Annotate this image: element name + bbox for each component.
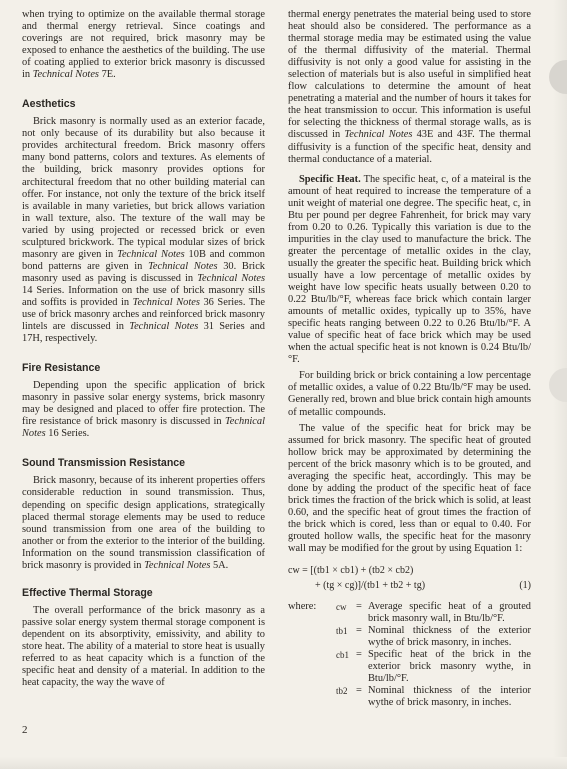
building-brick-paragraph: For building brick or brick containing a… xyxy=(288,370,531,418)
page-tab-marker xyxy=(549,368,567,402)
specific-heat-paragraph: Specific Heat. The specific heat, c, of … xyxy=(288,174,531,367)
equation-line-1: cw = [(tb1 × cb1) + (tb2 × cb2) xyxy=(288,563,531,578)
heading-sound-transmission: Sound Transmission Resistance xyxy=(22,457,265,469)
specific-heat-label: Specific Heat. xyxy=(299,174,361,185)
page-bottom-shadow xyxy=(0,757,567,769)
variable-definitions: where: cw = Average specific heat of a g… xyxy=(288,601,531,709)
intro-paragraph: when trying to optimize on the available… xyxy=(22,9,265,81)
page-tab-marker xyxy=(549,60,567,94)
sound-paragraph: Brick masonry, because of its inherent p… xyxy=(22,475,265,571)
definition-row: tb1 = Nominal thickness of the exterior … xyxy=(288,625,531,649)
right-column: thermal energy penetrates the material b… xyxy=(288,9,531,709)
diffusivity-paragraph: thermal energy penetrates the material b… xyxy=(288,9,531,166)
definition-row: cb1 = Specific heat of the brick in the … xyxy=(288,649,531,685)
page-number: 2 xyxy=(22,724,28,736)
definition-row: where: cw = Average specific heat of a g… xyxy=(288,601,531,625)
heading-fire-resistance: Fire Resistance xyxy=(22,362,265,374)
thermal-paragraph: The overall performance of the brick mas… xyxy=(22,605,265,689)
equation-1: cw = [(tb1 × cb1) + (tb2 × cb2) + (tg × … xyxy=(288,563,531,593)
heading-thermal-storage: Effective Thermal Storage xyxy=(22,587,265,599)
equation-line-2: + (tg × cg)]/(tb1 + tb2 + tg) xyxy=(315,578,425,593)
left-column: when trying to optimize on the available… xyxy=(22,9,265,689)
fire-paragraph: Depending upon the specific application … xyxy=(22,380,265,440)
grouted-brick-paragraph: The value of the specific heat for brick… xyxy=(288,423,531,556)
equation-number: (1) xyxy=(519,578,531,593)
heading-aesthetics: Aesthetics xyxy=(22,98,265,110)
aesthetics-paragraph: Brick masonry is normally used as an ext… xyxy=(22,116,265,345)
definition-row: tb2 = Nominal thickness of the interior … xyxy=(288,685,531,709)
